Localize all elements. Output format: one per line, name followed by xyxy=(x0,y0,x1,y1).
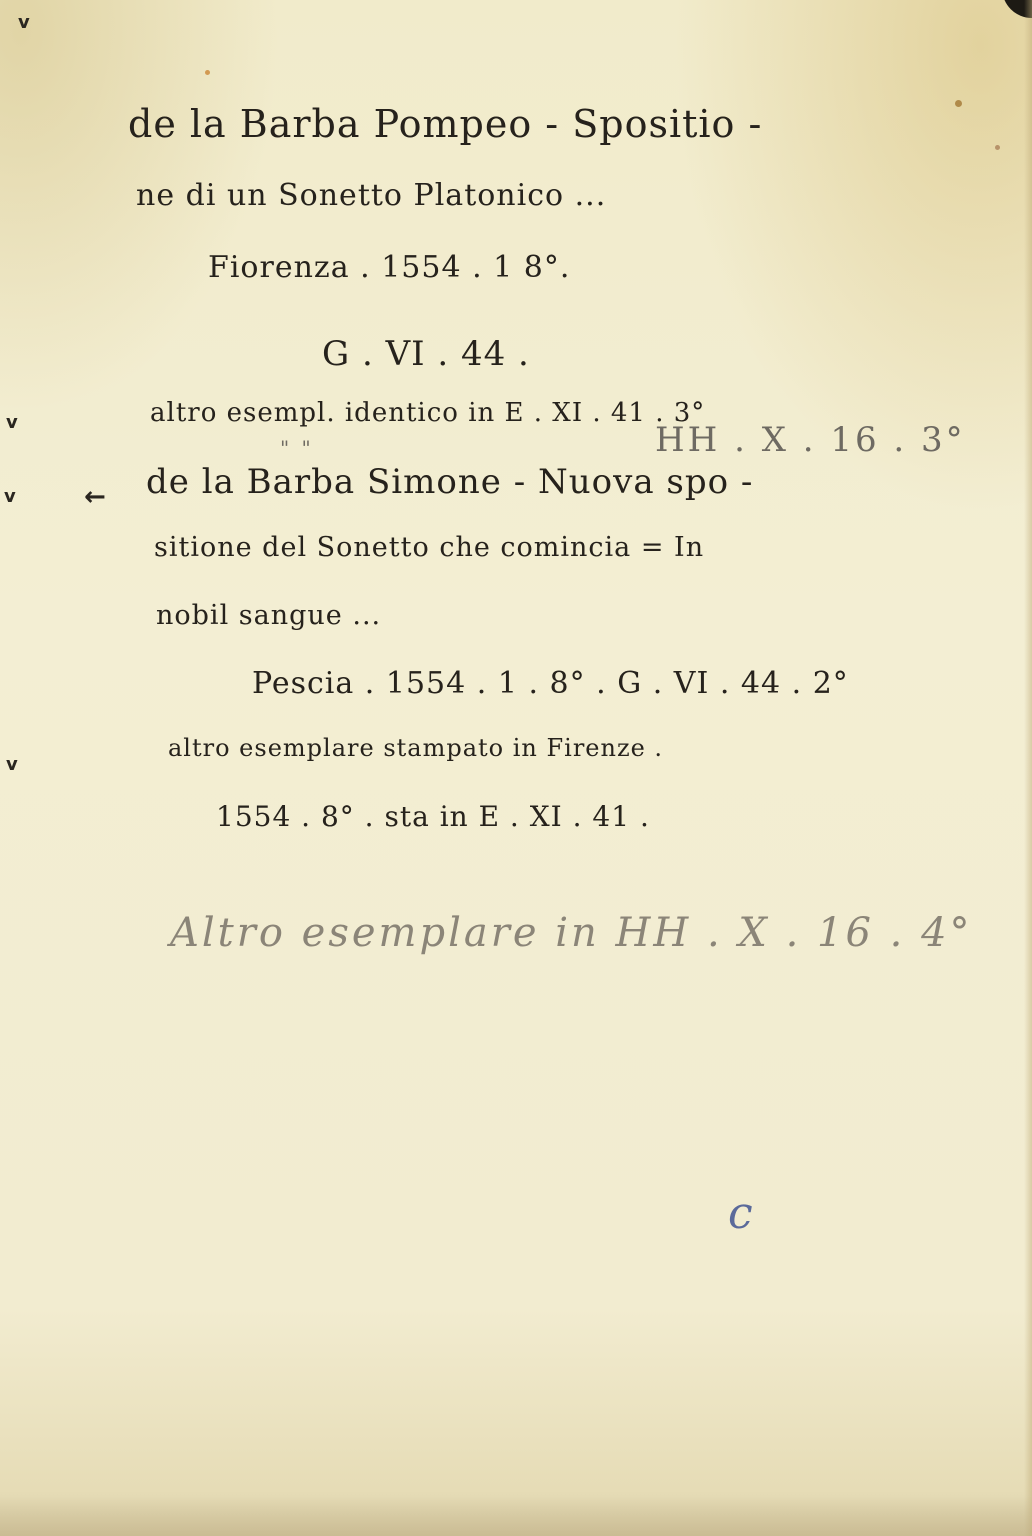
pencil-note: Altro esemplare in HH . X . 16 . 4° xyxy=(170,910,973,956)
entry1-pencil-shelfmark: HH . X . 16 . 3° xyxy=(655,420,966,460)
entry2-imprint-shelfmark: Pescia . 1554 . 1 . 8° . G . VI . 44 . 2… xyxy=(252,666,849,701)
margin-check-mark: v xyxy=(4,486,16,507)
catalog-card: v v v v ← de la Barba Pompeo - Spositio … xyxy=(0,0,1032,1536)
margin-check-mark: v xyxy=(6,412,18,433)
entry1-copy-note: altro esempl. identico in E . XI . 41 . … xyxy=(150,398,705,428)
card-edge-bottom xyxy=(0,1496,1032,1536)
margin-check-mark: v xyxy=(6,754,18,775)
entry1-shelfmark: G . VI . 44 . xyxy=(322,334,530,374)
card-edge-right xyxy=(1024,0,1032,1536)
entry2-title-line2: sitione del Sonetto che comincia = In xyxy=(154,532,704,563)
arrow-left-icon: ← xyxy=(84,482,106,512)
paper-speck xyxy=(995,145,1000,150)
entry2-copy-note-line2: 1554 . 8° . sta in E . XI . 41 . xyxy=(216,800,650,833)
ditto-marks: " " xyxy=(280,436,314,460)
paper-speck xyxy=(205,70,210,75)
entry2-title-line1: de la Barba Simone - Nuova spo - xyxy=(146,462,753,502)
entry2-copy-note-line1: altro esemplare stampato in Firenze . xyxy=(168,734,663,762)
entry1-imprint: Fiorenza . 1554 . 1 8°. xyxy=(208,250,570,285)
margin-check-mark: v xyxy=(18,12,30,33)
entry1-title-line1: de la Barba Pompeo - Spositio - xyxy=(128,102,762,146)
entry1-title-line2: ne di un Sonetto Platonico ... xyxy=(136,178,606,213)
paper-speck xyxy=(955,100,962,107)
blue-initial-mark: c xyxy=(728,1188,754,1239)
entry2-title-line3: nobil sangue ... xyxy=(156,600,381,631)
